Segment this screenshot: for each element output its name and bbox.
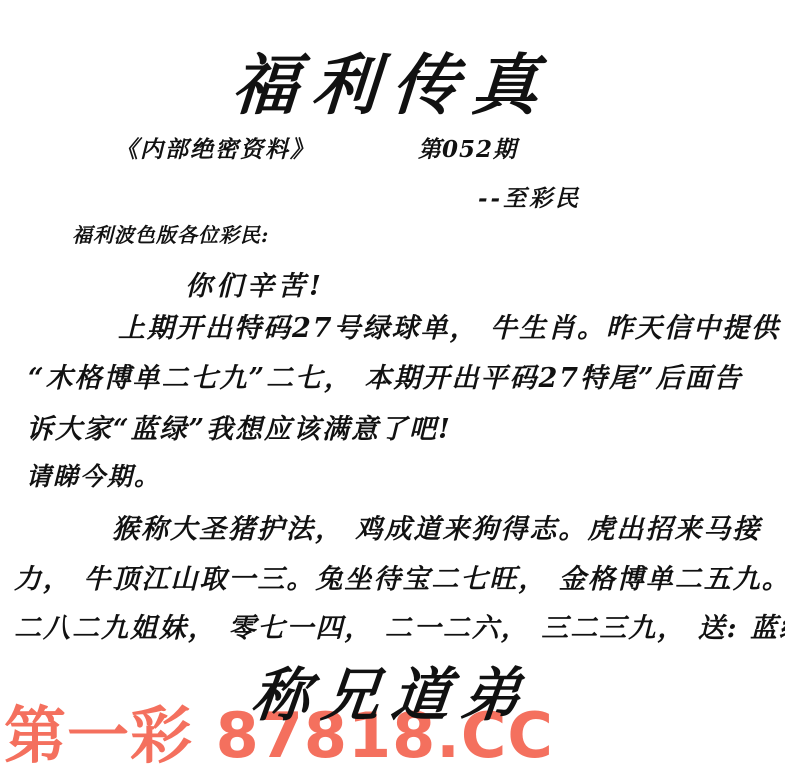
para1-line-3: 诉大家“蓝绿”我想应该满意了吧! <box>26 407 452 446</box>
page-title: 福利传真 <box>0 32 785 127</box>
issue-number: 第052期 <box>418 131 517 164</box>
para2-line-3: 二八二九姐妹， 零七一四， 二一二六， 三二三九， 送: 蓝绿 <box>14 606 785 645</box>
para2-line-1: 猴称大圣猪护法， 鸡成道来狗得志。虎出招来马接 <box>112 507 761 546</box>
para1-line-4: 请睇今期。 <box>26 457 161 493</box>
greeting-line: 你们辛苦! <box>185 264 325 303</box>
source-label: 《内部绝密资料》 <box>115 131 315 164</box>
para2-line-2: 力， 牛顶江山取一三。兔坐待宝二七旺， 金格博单二五九。 <box>14 557 785 596</box>
para1-line-2: “木格博单二七九”二七， 本期开出平码27特尾”后面告 <box>28 356 743 395</box>
dedication-line: --至彩民 <box>478 180 581 213</box>
salutation-line: 福利波色版各位彩民: <box>72 219 269 248</box>
signature-calligraphy: 称兄道弟 <box>0 648 785 732</box>
para1-line-1: 上期开出特码27号绿球单， 牛生肖。昨天信中提供 <box>118 306 780 345</box>
fax-sheet: 福利传真 《内部绝密资料》 第052期 --至彩民 福利波色版各位彩民: 你们辛… <box>0 0 785 772</box>
